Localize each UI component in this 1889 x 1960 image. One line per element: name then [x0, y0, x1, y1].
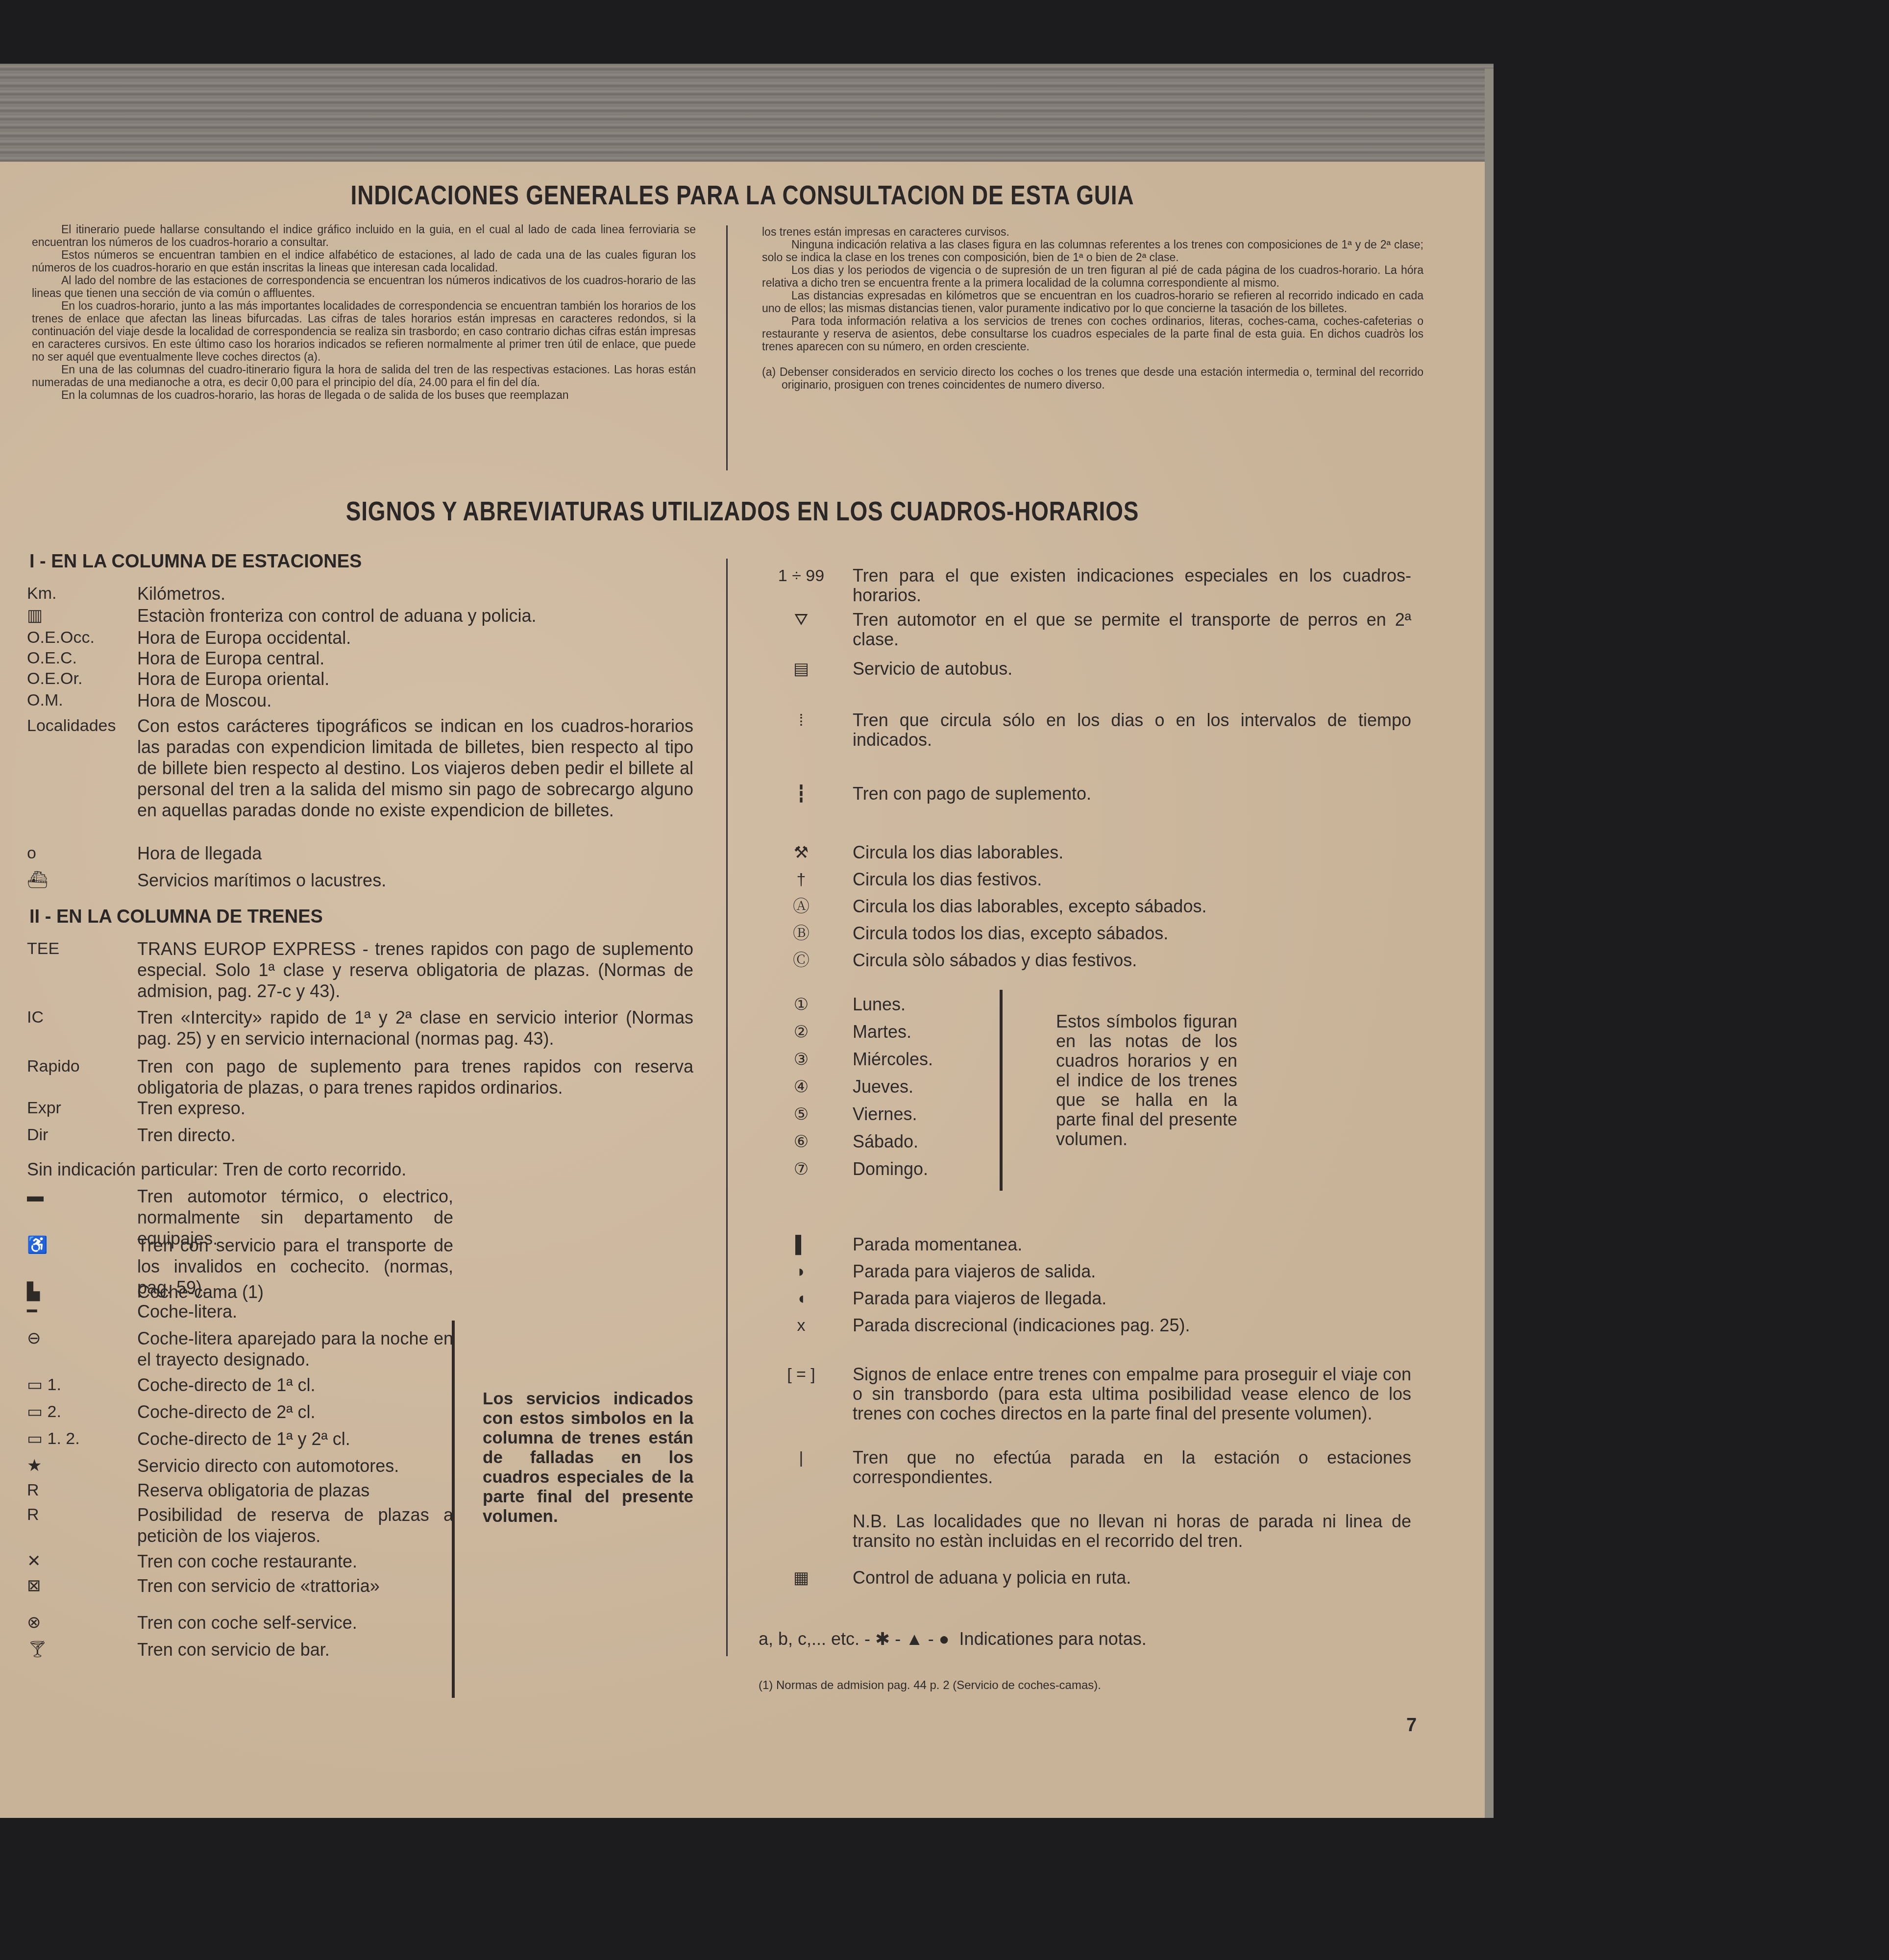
notes-symbols: a, b, c,... etc. - ✱ - ▲ - ●: [759, 1629, 950, 1649]
symbol-description: Hora de Europa oriental.: [137, 668, 329, 689]
wavy-line-icon: ⁞: [750, 710, 853, 750]
symbol-description: Parada momentanea.: [853, 1235, 1022, 1254]
symbol-label: ①: [750, 995, 853, 1014]
symbol-row: Km.Kilómetros.: [27, 583, 693, 604]
symbol-row: ▭ 1. 2.Coche-directo de 1ª y 2ª cl.: [27, 1428, 453, 1449]
symbol-row: 1 ÷ 99Tren para el que existen indicacio…: [750, 566, 1411, 605]
symbol-description: Parada para viajeros de salida.: [853, 1262, 1096, 1281]
intro-right-column: los trenes están impresas en caracteres …: [762, 225, 1423, 391]
intercity-icon: IC: [27, 1007, 137, 1049]
footnote-1: (1) Normas de admision pag. 44 p. 2 (Ser…: [759, 1676, 1396, 1695]
symbol-description: Tren con pago de suplemento.: [853, 784, 1091, 804]
symbol-row: ◖Parada para viajeros de llegada.: [750, 1289, 1411, 1308]
symbol-description: Lunes.: [853, 995, 906, 1014]
symbol-row: RPosibilidad de reserva de plazas a peti…: [27, 1504, 453, 1546]
symbol-label: ⑦: [750, 1159, 853, 1179]
symbol-label: Km.: [27, 583, 137, 604]
symbol-row: RReserva obligatoria de plazas: [27, 1480, 453, 1501]
symbol-description: Domingo.: [853, 1159, 928, 1179]
symbol-row: 🍸︎Tren con servicio de bar.: [27, 1639, 453, 1660]
symbol-row: ⁞Tren que circula sólo en los dias o en …: [750, 710, 1411, 750]
symbol-description: Coche-litera aparejado para la noche en …: [137, 1328, 453, 1370]
reservation-boxed-icon: R: [27, 1480, 137, 1501]
section-trains-heading: II - EN LA COLUMNA DE TRENES: [29, 906, 323, 928]
symbol-label: O.M.: [27, 690, 137, 711]
symbol-row: ▙Coche-cama (1): [27, 1281, 453, 1302]
section-stations-heading: I - EN LA COLUMNA DE ESTACIONES: [29, 551, 362, 572]
symbol-description: Kilómetros.: [137, 583, 225, 604]
symbol-row: ▌Parada momentanea.: [750, 1235, 1411, 1254]
symbol-row: O.M.Hora de Moscou.: [27, 690, 693, 711]
symbol-row: ◗Parada para viajeros de salida.: [750, 1262, 1411, 1281]
symbol-row: ExprTren expreso.: [27, 1098, 693, 1119]
symbol-description: TRANS EUROP EXPRESS - trenes rapidos con…: [137, 938, 693, 1002]
title-signs: SIGNOS Y ABREVIATURAS UTILIZADOS EN LOS …: [134, 495, 1351, 527]
symbol-row: ⒶCircula los dias laborables, excepto sá…: [750, 897, 1411, 916]
book-fore-edge: [1485, 69, 1494, 1818]
symbol-description: Tren con pago de suplemento para trenes …: [137, 1056, 693, 1098]
symbol-description: Tren automotor en el que se permite el t…: [853, 610, 1411, 649]
symbol-row: O.E.Occ.Hora de Europa occidental.: [27, 627, 693, 648]
symbol-description: Tren para el que existen indicaciones es…: [853, 566, 1411, 605]
symbol-row: ⊠Tren con servicio de «trattoria»: [27, 1575, 453, 1596]
column-divider: [726, 559, 728, 1656]
bus-icon: ▤: [750, 659, 853, 679]
symbol-row: ⑤Viernes.: [750, 1104, 1005, 1124]
symbol-row: ✕Tren con coche restaurante.: [27, 1551, 453, 1572]
symbol-description: Viernes.: [853, 1104, 917, 1124]
symbol-label: O.E.C.: [27, 648, 137, 669]
dotted-line-icon: ┇: [750, 784, 853, 804]
intro-paragraph: El itinerario puede hallarse consultando…: [32, 223, 696, 248]
symbol-description: Parada discrecional (indicaciones pag. 2…: [853, 1316, 1190, 1335]
symbol-row: LocalidadesCon estos carácteres tipográf…: [27, 715, 693, 821]
symbol-description: Servicios marítimos o lacustres.: [137, 870, 386, 891]
nb-item: N.B. Las localidades que no llevan ni ho…: [750, 1512, 1411, 1551]
through-coach-icon: ▭ 2.: [27, 1401, 137, 1422]
column-divider: [726, 225, 728, 470]
bar-icon: 🍸︎: [27, 1639, 137, 1660]
symbol-description: Tren «Intercity» rapido de 1ª y 2ª clase…: [137, 1007, 693, 1049]
dog-icon: ⛛: [750, 610, 853, 649]
sleeper-icon: ▙: [27, 1281, 137, 1302]
symbol-description: Posibilidad de reserva de plazas a petic…: [137, 1504, 453, 1546]
symbol-description: Jueves.: [853, 1077, 913, 1097]
intro-footnote: (a) Debenser considerados en servicio di…: [762, 366, 1423, 391]
symbol-description: Sábado.: [853, 1132, 918, 1151]
workday-icon: ⚒: [750, 843, 853, 862]
symbol-description: Reserva obligatoria de plazas: [137, 1480, 369, 1501]
symbol-description: Estaciòn fronteriza con control de aduan…: [137, 605, 536, 626]
arrival-icon: o: [27, 843, 137, 864]
symbol-row: ICTren «Intercity» rapido de 1ª y 2ª cla…: [27, 1007, 693, 1049]
trattoria-icon: ⊠: [27, 1575, 137, 1596]
symbol-description: Servicio directo con automotores.: [137, 1455, 399, 1476]
restaurant-icon: ✕: [27, 1551, 137, 1572]
symbol-row: ▤Servicio de autobus.: [750, 659, 1411, 679]
symbol-description: Coche-directo de 2ª cl.: [137, 1401, 316, 1422]
symbol-row: oHora de llegada: [27, 843, 693, 864]
no-indication-note: Sin indicación particular: Tren de corto…: [27, 1159, 713, 1180]
tee-icon: TEE: [27, 938, 137, 1002]
intro-paragraph: En los cuadros-horario, junto a las más …: [32, 299, 696, 363]
intro-left-column: El itinerario puede hallarse consultando…: [32, 223, 696, 401]
symbol-row: †Circula los dias festivos.: [750, 870, 1411, 889]
symbol-label: ⑥: [750, 1132, 853, 1151]
notes-symbols-item: a, b, c,... etc. - ✱ - ▲ - ● Indicatione…: [759, 1629, 1420, 1649]
intro-paragraph: Al lado del nombre de las estaciones de …: [32, 274, 696, 299]
symbol-row: ⑥Sábado.: [750, 1132, 1005, 1151]
weekdays-note: Estos símbolos figuran en las notas de l…: [1056, 1012, 1237, 1149]
symbol-label: ②: [750, 1022, 853, 1042]
couchette-icon: ━: [27, 1301, 137, 1322]
symbol-label: ⑤: [750, 1104, 853, 1124]
symbol-row: ⑦Domingo.: [750, 1159, 1005, 1179]
border-station-icon: ▥: [27, 605, 137, 626]
symbol-row: RapidoTren con pago de suplemento para t…: [27, 1056, 693, 1098]
symbol-description: Hora de Europa occidental.: [137, 627, 351, 648]
customs-route-item: ▦ Control de aduana y policia en ruta.: [750, 1568, 1411, 1588]
intro-paragraph: Las distancias expresadas en kilómetros …: [762, 289, 1423, 315]
symbol-label: Expr: [27, 1098, 137, 1119]
symbol-row: O.E.Or.Hora de Europa oriental.: [27, 668, 693, 689]
symbol-description: Circula sòlo sábados y dias festivos.: [853, 951, 1137, 970]
symbol-label: O.E.Or.: [27, 668, 137, 689]
symbol-description: Coche-cama (1): [137, 1281, 264, 1302]
intro-paragraph: los trenes están impresas en caracteres …: [762, 225, 1423, 238]
symbol-row: ━Coche-litera.: [27, 1301, 453, 1322]
symbol-row: ⛛Tren automotor en el que se permite el …: [750, 610, 1411, 649]
momentary-stop-icon: ▌: [750, 1235, 853, 1254]
link-signs-item: [ = ] Signos de enlace entre trenes con …: [750, 1365, 1411, 1423]
symbol-label: ④: [750, 1077, 853, 1097]
symbol-row: ④Jueves.: [750, 1077, 1005, 1097]
symbol-row: ┇Tren con pago de suplemento.: [750, 784, 1411, 804]
symbol-row: ②Martes.: [750, 1022, 1005, 1042]
vertical-line-icon: |: [750, 1448, 853, 1487]
symbol-row: ③Miércoles.: [750, 1050, 1005, 1069]
symbol-description: Tren directo.: [137, 1125, 236, 1146]
ship-icon: ⛴: [27, 870, 137, 891]
symbol-description: Circula los dias festivos.: [853, 870, 1042, 889]
symbol-description: Tren con coche self-service.: [137, 1612, 357, 1633]
symbol-description: Servicio de autobus.: [853, 659, 1012, 679]
holiday-icon: †: [750, 870, 853, 889]
title-general: INDICACIONES GENERALES PARA LA CONSULTAC…: [134, 179, 1351, 211]
symbol-description: Circula todos los dias, excepto sábados.: [853, 924, 1168, 943]
reservation-icon: R: [27, 1504, 137, 1546]
symbol-row: ★Servicio directo con automotores.: [27, 1455, 453, 1476]
customs-route-icon: ▦: [750, 1568, 853, 1588]
symbol-description: Hora de Europa central.: [137, 648, 324, 669]
symbol-description: Con estos carácteres tipográficos se ind…: [137, 715, 693, 821]
departure-stop-icon: ◗: [750, 1262, 853, 1281]
symbol-row: ▥Estaciòn fronteriza con control de adua…: [27, 605, 693, 626]
through-coach-icon: ▭ 1.: [27, 1374, 137, 1396]
symbol-row: ⒷCircula todos los dias, excepto sábados…: [750, 924, 1411, 943]
symbol-row: ⛴Servicios marítimos o lacustres.: [27, 870, 693, 891]
brace: [1000, 990, 1003, 1191]
symbol-label: Localidades: [27, 715, 137, 821]
symbol-label: Dir: [27, 1125, 137, 1146]
couchette-night-icon: ⊖: [27, 1328, 137, 1370]
symbol-row: TEETRANS EUROP EXPRESS - trenes rapidos …: [27, 938, 693, 1002]
symbol-row: ▭ 1.Coche-directo de 1ª cl.: [27, 1374, 453, 1396]
discretionary-stop-icon: x: [750, 1316, 853, 1335]
special-train-icon: 1 ÷ 99: [750, 566, 853, 605]
intro-paragraph: Los dias y los periodos de vigencia o de…: [762, 264, 1423, 289]
intro-paragraph: Estos números se encuentran tambien en e…: [32, 248, 696, 274]
symbol-description: Miércoles.: [853, 1050, 933, 1069]
arrival-stop-icon: ◖: [750, 1289, 853, 1308]
symbol-label: Rapido: [27, 1056, 137, 1098]
symbol-row: ⊗Tren con coche self-service.: [27, 1612, 453, 1633]
intro-paragraph: En una de las columnas del cuadro-itiner…: [32, 363, 696, 389]
intro-paragraph: En la columnas de los cuadros-horario, l…: [32, 389, 696, 401]
symbol-label: ③: [750, 1050, 853, 1069]
circled-c-icon: Ⓒ: [750, 951, 853, 970]
intro-paragraph: Para toda información relativa a los ser…: [762, 315, 1423, 353]
symbol-description: Coche-directo de 1ª cl.: [137, 1374, 316, 1396]
no-stop-item: | Tren que no efectúa parada en la estac…: [750, 1448, 1411, 1487]
symbol-row: ⊖Coche-litera aparejado para la noche en…: [27, 1328, 453, 1370]
symbol-description: Parada para viajeros de llegada.: [853, 1289, 1106, 1308]
symbol-description: Coche-directo de 1ª y 2ª cl.: [137, 1428, 350, 1449]
circled-b-icon: Ⓑ: [750, 924, 853, 943]
symbol-label: O.E.Occ.: [27, 627, 137, 648]
star-icon: ★: [27, 1455, 137, 1476]
intro-paragraph: Ninguna indicación relativa a las clases…: [762, 238, 1423, 264]
symbol-description: Tren expreso.: [137, 1098, 245, 1119]
brace: [452, 1321, 455, 1698]
symbol-description: Circula los dias laborables.: [853, 843, 1063, 862]
symbol-description: Tren con servicio de «trattoria»: [137, 1575, 380, 1596]
symbol-row: ⒸCircula sòlo sábados y dias festivos.: [750, 951, 1411, 970]
page-number: 7: [1406, 1715, 1417, 1736]
symbol-description: Circula los dias laborables, excepto sáb…: [853, 897, 1206, 916]
symbol-row: ①Lunes.: [750, 995, 1005, 1014]
link-bracket-icon: [ = ]: [750, 1365, 853, 1423]
symbol-row: O.E.C.Hora de Europa central.: [27, 648, 693, 669]
symbol-row: ▭ 2.Coche-directo de 2ª cl.: [27, 1401, 453, 1422]
symbol-description: Tren que circula sólo en los dias o en l…: [853, 710, 1411, 750]
symbol-description: Martes.: [853, 1022, 911, 1042]
symbol-description: Tren con servicio de bar.: [137, 1639, 330, 1660]
symbol-description: Hora de llegada: [137, 843, 262, 864]
symbol-row: DirTren directo.: [27, 1125, 693, 1146]
services-brace-note: Los servicios indicados con estos simbol…: [483, 1389, 693, 1526]
through-coach-icon: ▭ 1. 2.: [27, 1428, 137, 1449]
self-service-icon: ⊗: [27, 1612, 137, 1633]
symbol-row: xParada discrecional (indicaciones pag. …: [750, 1316, 1411, 1335]
circled-a-icon: Ⓐ: [750, 897, 853, 916]
symbol-description: Tren con coche restaurante.: [137, 1551, 357, 1572]
symbol-row: ⚒Circula los dias laborables.: [750, 843, 1411, 862]
symbol-description: Hora de Moscou.: [137, 690, 271, 711]
symbol-description: Coche-litera.: [137, 1301, 237, 1322]
